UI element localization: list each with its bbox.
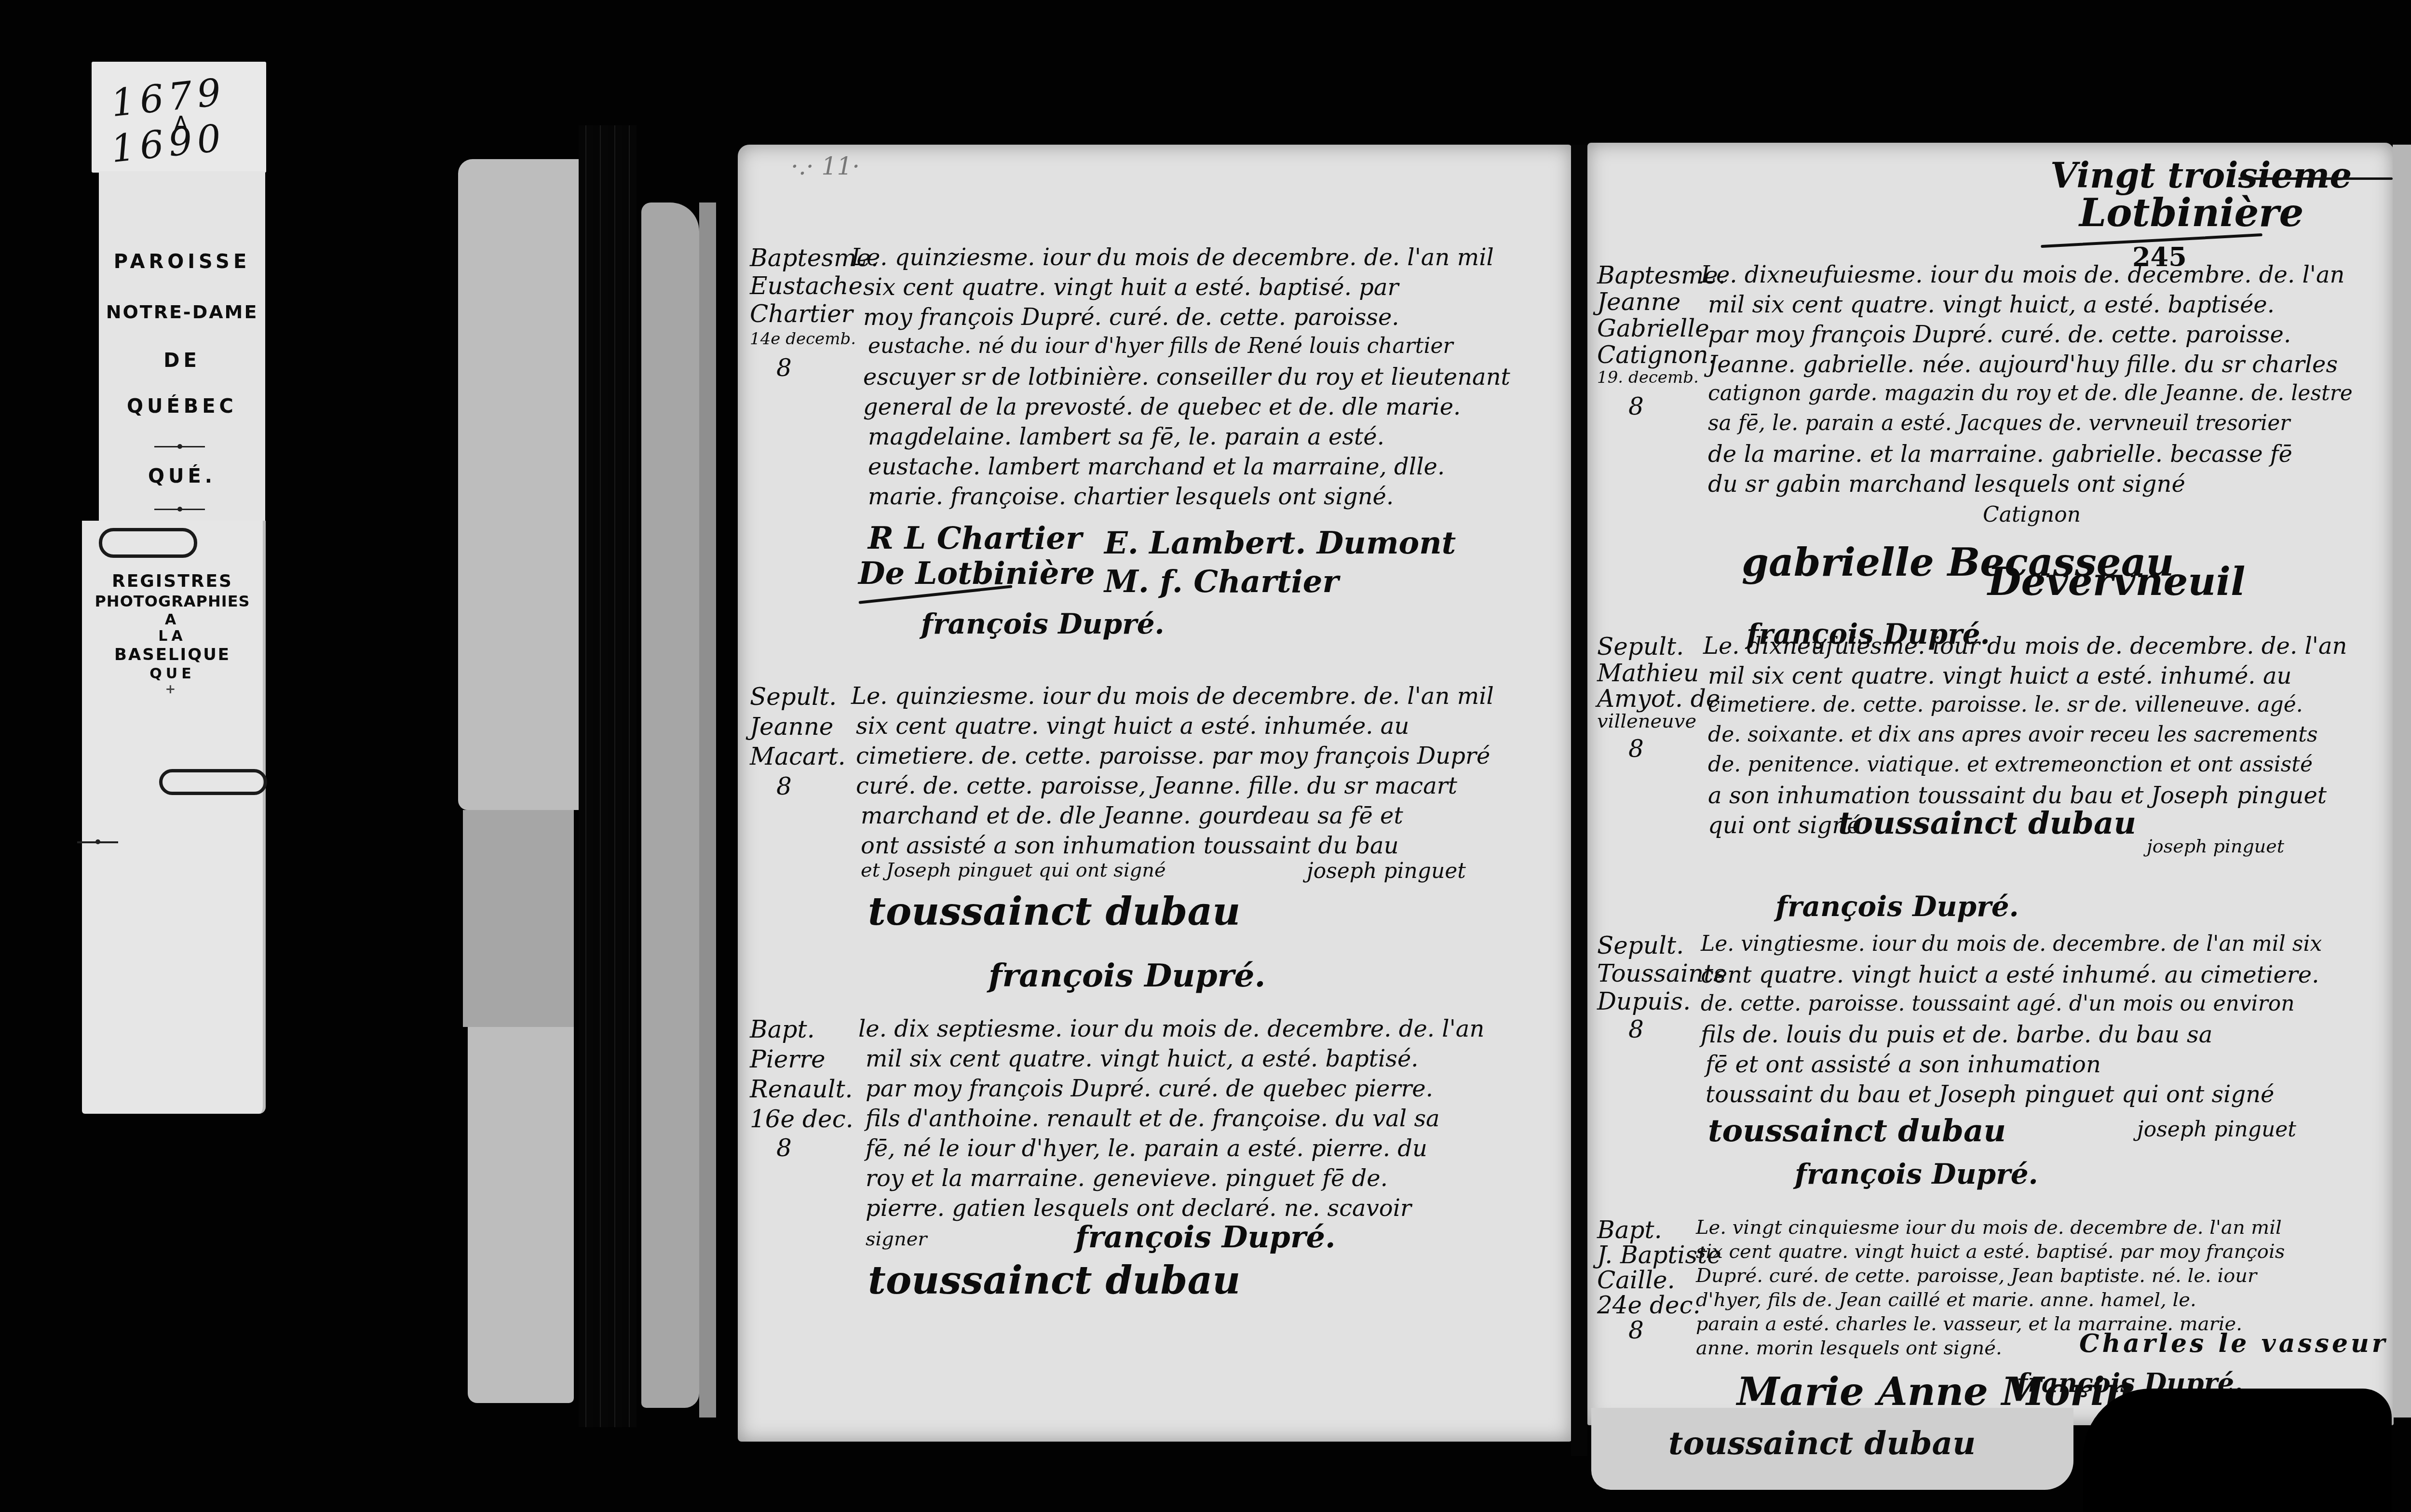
entry-line: marie. françoise. chartier lesquels ont … <box>868 485 1394 508</box>
entry-line: Le. vingt cinquiesme iour du mois de. de… <box>1696 1218 2282 1237</box>
label-note-card: REGISTRES PHOTOGRAPHIES A LA BASELIQUE Q… <box>82 521 266 1114</box>
entry-line: six cent quatre. vingt huit a esté. bapt… <box>863 276 1399 299</box>
signature: Catignon <box>1983 504 2081 526</box>
year-end: 1690 <box>109 116 228 171</box>
label-note-line-2: PHOTOGRAPHIES <box>82 592 263 610</box>
signature: Devervneuil <box>1988 562 2245 601</box>
entry-line: eustache. né du iour d'hyer fills de Ren… <box>868 336 1453 357</box>
entry-line: mil six cent quatre. vingt huict a esté.… <box>1708 664 2291 688</box>
signature: toussainct dubau <box>1668 1427 1976 1459</box>
page-edge-fragment <box>463 810 574 1027</box>
entry-line: signer <box>866 1229 927 1249</box>
label-note-line-6: QUE <box>82 665 263 682</box>
entry-line: par moy françois Dupré. curé. de. cette.… <box>1708 323 2291 346</box>
entry-line: d'hyer, fils de. Jean caillé et marie. a… <box>1696 1290 2196 1309</box>
entry-line: cimetiere. de. cette. paroisse. le. sr d… <box>1708 694 2303 715</box>
signature-cure: françois Dupré. <box>1075 1222 1336 1252</box>
signature: M. f. Chartier <box>1104 567 1339 597</box>
entry-line: et Joseph pinguet qui ont signé <box>861 861 1166 880</box>
entry-line: catignon garde. magazin du roy et de. dl… <box>1708 383 2353 404</box>
entry-line: moy françois Dupré. curé. de. cette. par… <box>863 306 1399 329</box>
entry-line: de. soixante. et dix ans apres avoir rec… <box>1708 724 2318 745</box>
entry-line: de. cette. paroisse. toussaint agé. d'un… <box>1701 993 2295 1014</box>
entry-margin-name: Pierre <box>750 1047 826 1071</box>
paperclip-icon <box>159 769 267 795</box>
entry-margin-surname: Dupuis. <box>1597 989 1691 1013</box>
entry-line: six cent quatre. vingt huict a esté. inh… <box>856 715 1409 738</box>
label-note-line-5: BASELIQUE <box>82 645 263 664</box>
entry-margin-surname: Chartier <box>750 302 853 326</box>
header-flourish <box>2238 177 2393 180</box>
entry-line: anne. morin lesquels ont signé. <box>1696 1338 2002 1358</box>
signature: joseph pinguet <box>2137 1119 2296 1140</box>
entry-line: du sr gabin marchand lesquels ont signé <box>1708 472 2185 496</box>
entry-margin-folio: 8 <box>776 356 792 380</box>
signature-cure: françois Dupré. <box>989 959 1265 991</box>
entry-margin-surname: Macart. <box>750 744 846 769</box>
entry-line: ont assisté a son inhumation toussaint d… <box>861 834 1399 857</box>
signature: toussainct dubau <box>868 1261 1241 1299</box>
entry-line: eustache. lambert marchand et la marrain… <box>868 455 1445 478</box>
label-abbrev: QUÉ. <box>99 465 265 487</box>
label-note-line-4: LA <box>82 628 263 645</box>
page-edge-fragment <box>458 159 579 810</box>
register-page-right: Vingt troisieme Lotbinière 245 Baptesme.… <box>1587 143 2394 1425</box>
entry-margin-name-2: Gabrielle <box>1597 316 1709 340</box>
microfilm-scan: 1679 A 1690 PAROISSE NOTRE-DAME DE QUÉBE… <box>0 0 2411 1512</box>
label-years-card: 1679 A 1690 <box>92 62 266 173</box>
signature: R L Chartier <box>868 523 1082 554</box>
label-note-line-1: REGISTRES <box>82 571 263 591</box>
entry-line: cent quatre. vingt huict a esté inhumé. … <box>1701 963 2319 986</box>
signature: toussainct dubau <box>1708 1116 2006 1147</box>
entry-line: Le. dixneufuiesme. iour du mois de. dece… <box>1703 634 2347 658</box>
signature-cure: françois Dupré. <box>1795 1160 2038 1188</box>
label-note-line-3: A <box>82 611 263 628</box>
entry-line: fē, né le iour d'hyer, le. parain a esté… <box>866 1137 1427 1160</box>
page-header-line-1: Vingt troisieme <box>2050 158 2352 193</box>
register-page-left: ·.· 11· Baptesme. Eustache Chartier 14e … <box>738 145 1572 1442</box>
entry-line: Dupré. curé. de cette. paroisse, Jean ba… <box>1696 1266 2257 1285</box>
entry-line: par moy françois Dupré. curé. de quebec … <box>866 1077 1433 1100</box>
entry-margin-surname-2: villeneuve <box>1597 712 1696 731</box>
entry-line: mil six cent quatre. vingt huict, a esté… <box>866 1047 1419 1070</box>
entry-margin-date: 16e dec. <box>750 1107 853 1131</box>
entry-line: a son inhumation toussaint du bau et Jos… <box>1708 784 2327 807</box>
entry-margin-type: Sepult. <box>1597 634 1684 659</box>
page-edge-fragment <box>468 1027 574 1403</box>
entry-margin-folio: 8 <box>1628 737 1644 761</box>
edge-mark <box>77 841 118 843</box>
signature: joseph pinguet <box>1307 861 1466 882</box>
entry-line: marchand et de. dle Jeanne. gourdeau sa … <box>861 804 1403 827</box>
label-parish-card: PAROISSE NOTRE-DAME DE QUÉBEC QUÉ. <box>99 171 265 528</box>
page-header-line-2: Lotbinière <box>2079 193 2303 232</box>
label-note-mark: + <box>82 682 263 697</box>
entry-line: Jeanne. gabrielle. née. aujourd'huy fill… <box>1708 353 2338 376</box>
entry-margin-folio: 8 <box>1628 394 1644 418</box>
entry-line: general de la prevosté. de quebec et de.… <box>863 395 1461 418</box>
book-gutter <box>1571 145 1587 1456</box>
entry-line: curé. de. cette. paroisse, Jeanne. fille… <box>856 774 1457 797</box>
entry-margin-type: Sepult. <box>1597 933 1684 958</box>
signature-cure: françois Dupré. <box>1775 892 2019 920</box>
entry-line: cimetiere. de. cette. paroisse. par moy … <box>856 744 1490 768</box>
entry-line: Le. dixneufuiesme. iour du mois de. dece… <box>1701 263 2345 286</box>
signature: joseph pinguet <box>2147 837 2284 855</box>
entry-line: magdelaine. lambert sa fē, le. parain a … <box>868 425 1384 448</box>
entry-margin-type: Sepult. <box>750 685 837 709</box>
page-fore-edge <box>2393 145 2411 1417</box>
entry-line: de. penitence. viatique. et extremeoncti… <box>1708 754 2313 775</box>
entry-margin-date: 14e decemb. <box>750 331 856 347</box>
entry-margin-surname: Caille. <box>1597 1268 1675 1292</box>
book-spine <box>579 125 637 1427</box>
entry-line: toussaint du bau et Joseph pinguet qui o… <box>1706 1083 2274 1106</box>
entry-line: Le. quinziesme. iour du mois de decembre… <box>851 685 1494 708</box>
label-parish-line-3: DE <box>99 350 265 372</box>
entry-margin-folio: 8 <box>1628 1318 1644 1342</box>
entry-line: fils d'anthoine. renault et de. françois… <box>866 1107 1440 1130</box>
entry-margin-folio: 8 <box>776 1136 792 1160</box>
entry-margin-surname: Amyot. de <box>1597 687 1720 711</box>
entry-margin-name: Eustache <box>750 274 863 298</box>
paperclip-icon <box>99 528 197 558</box>
entry-margin-surname: Renault. <box>750 1077 853 1101</box>
signature: Charles le vasseur <box>2079 1331 2388 1356</box>
signature-cure: françois Dupré. <box>921 610 1165 638</box>
entry-line: Le. quinziesme. iour du mois de decembre… <box>851 246 1494 269</box>
entry-margin-date: 24e dec. <box>1597 1293 1701 1317</box>
entry-line: roy et la marraine. genevieve. pinguet f… <box>866 1167 1388 1190</box>
page-stack-edge <box>699 202 716 1417</box>
entry-margin-surname: Catignon. <box>1597 343 1716 367</box>
shadow-blot <box>2083 1389 2392 1512</box>
entry-line: Le. vingtiesme. iour du mois de. decembr… <box>1701 933 2322 955</box>
entry-line: six cent quatre. vingt huict a esté. bap… <box>1696 1242 2285 1261</box>
entry-margin-name: Mathieu <box>1597 661 1699 685</box>
page-stack-edge <box>641 202 699 1408</box>
entry-margin-type: Bapt. <box>1597 1218 1662 1242</box>
entry-margin-name: Jeanne <box>750 715 833 739</box>
entry-margin-folio: 8 <box>776 774 792 798</box>
entry-line: le. dix septiesme. iour du mois de. dece… <box>858 1017 1484 1040</box>
entry-margin-type: Bapt. <box>750 1017 815 1041</box>
entry-margin-date: 19. decemb. <box>1597 369 1699 386</box>
entry-line: fē et ont assisté a son inhumation <box>1706 1053 2101 1076</box>
label-parish-line-1: PAROISSE <box>99 251 265 273</box>
label-parish-line-2: NOTRE-DAME <box>99 301 265 323</box>
entry-line: escuyer sr de lotbinière. conseiller du … <box>863 365 1510 389</box>
entry-line: fils de. louis du puis et de. barbe. du … <box>1701 1023 2212 1046</box>
entry-line: mil six cent quatre. vingt huict, a esté… <box>1708 293 2275 316</box>
divider-rule <box>154 446 205 447</box>
next-page-strip: toussainct dubau <box>1591 1408 2073 1490</box>
signature: toussainct dubau <box>868 892 1241 931</box>
signature: toussainct dubau <box>1838 808 2136 839</box>
entry-margin-name: Jeanne <box>1597 290 1680 314</box>
signature: E. Lambert. Dumont <box>1104 528 1456 559</box>
entry-line: de la marine. et la marraine. gabrielle.… <box>1708 443 2292 466</box>
corner-ink-marks: ·.· 11· <box>791 154 860 178</box>
label-parish-line-4: QUÉBEC <box>99 395 265 418</box>
entry-margin-folio: 8 <box>1628 1017 1644 1041</box>
signature: De Lotbinière <box>858 558 1095 589</box>
entry-line: pierre. gatien lesquels ont declaré. ne.… <box>866 1197 1411 1220</box>
entry-line: sa fē, le. parain a esté. Jacques de. ve… <box>1708 413 2290 434</box>
divider-rule <box>154 509 205 510</box>
